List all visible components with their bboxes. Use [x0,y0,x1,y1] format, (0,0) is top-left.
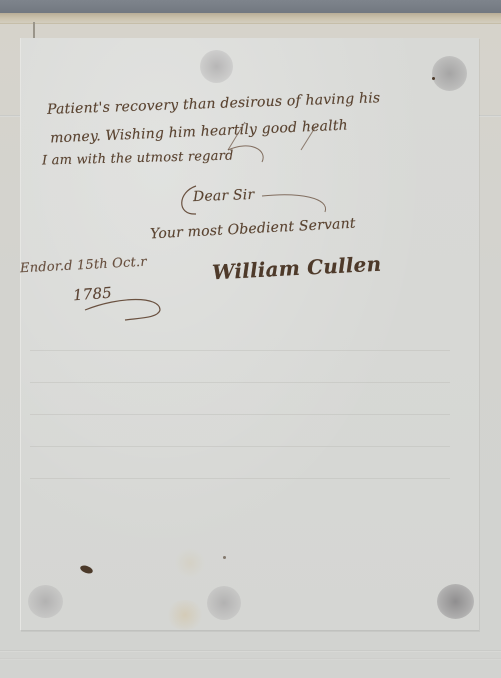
mount-crease [0,658,501,660]
mount-crease [0,650,501,652]
paper-stain [165,600,205,630]
endorsement-year: 1785 [72,284,112,305]
paper-stain [175,548,205,578]
show-through-line [30,382,450,383]
show-through-line [30,478,450,479]
glue-dot-bottom-right [437,584,474,619]
show-through-line [30,446,450,447]
glue-dot-top-right [432,56,467,91]
glue-dot-bottom-center [207,586,241,620]
glue-dot-bottom-left [28,585,63,618]
speck [223,556,226,559]
glue-dot-top-center [200,50,233,83]
salutation: Dear Sir [193,187,255,205]
show-through-line [30,414,450,415]
document-viewer: Patient's recovery than desirous of havi… [0,0,501,678]
show-through-line [30,350,450,351]
mount-torn-edge [0,13,501,24]
speck [432,77,435,80]
